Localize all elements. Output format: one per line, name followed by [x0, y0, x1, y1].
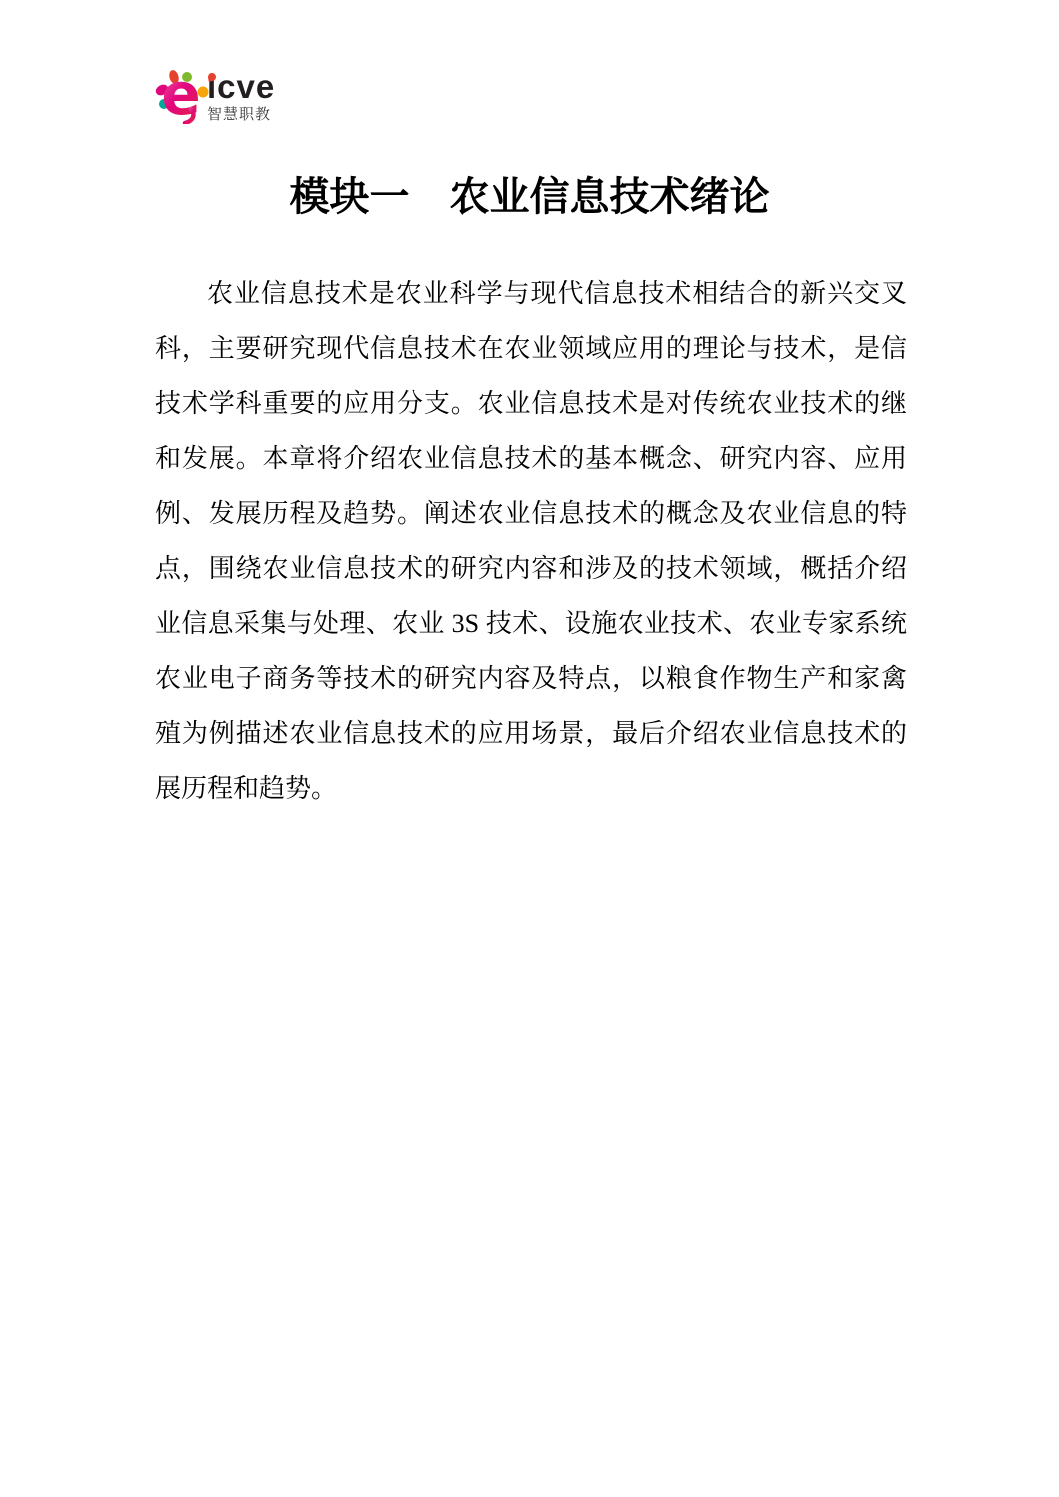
paragraph-line: 点，围绕农业信息技术的研究内容和涉及的技术领域，概括介绍农 [155, 541, 907, 596]
paragraph-line: 殖为例描述农业信息技术的应用场景，最后介绍农业信息技术的发 [155, 706, 907, 761]
brand-logo: e icve 智慧职教 [148, 60, 348, 130]
paragraph-line: 和发展。本章将介绍农业信息技术的基本概念、研究内容、应用案 [155, 431, 907, 486]
paragraph-line: 技术学科重要的应用分支。农业信息技术是对传统农业技术的继承 [155, 376, 907, 431]
paragraph-line: 农业电子商务等技术的研究内容及特点，以粮食作物生产和家禽养 [155, 651, 907, 706]
paragraph-line: 例、发展历程及趋势。阐述农业信息技术的概念及农业信息的特 [155, 486, 907, 541]
paragraph-line: 科，主要研究现代信息技术在农业领域应用的理论与技术，是信息 [155, 321, 907, 376]
paragraph-line: 展历程和趋势。 [155, 761, 907, 816]
brand-text-block: icve 智慧职教 [207, 74, 275, 124]
paragraph-line: 农业信息技术是农业科学与现代信息技术相结合的新兴交叉学 [155, 266, 907, 321]
brand-name: icve [207, 74, 275, 100]
icve-flower-e-icon: e [148, 60, 210, 124]
brand-name-label: icve [207, 68, 275, 105]
paragraph-line: 业信息采集与处理、农业 3S 技术、设施农业技术、农业专家系统及 [155, 596, 907, 651]
body-paragraph: 农业信息技术是农业科学与现代信息技术相结合的新兴交叉学 科，主要研究现代信息技术… [155, 266, 907, 816]
brand-subtitle: 智慧职教 [207, 103, 275, 124]
document-page: e icve 智慧职教 模块一 农业信息技术绪论 农业信息技术是农业科学与现代信… [0, 0, 1059, 1497]
page-title: 模块一 农业信息技术绪论 [0, 162, 1059, 232]
